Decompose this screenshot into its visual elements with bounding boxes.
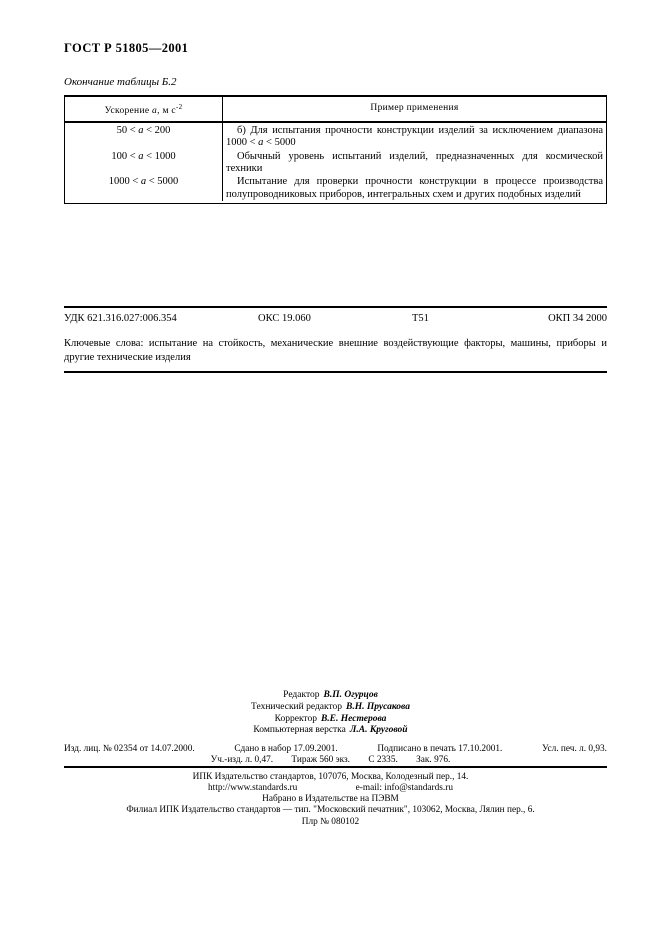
table-row: 50 < a < 200 б) Для испытания прочности … bbox=[65, 123, 606, 149]
table-header-acceleration: Ускорение a, м с-2 bbox=[65, 97, 223, 121]
license-line: Изд. лиц. № 02354 от 14.07.2000. Сдано в… bbox=[64, 744, 607, 754]
horizontal-rule bbox=[64, 306, 607, 308]
typeset-date: Сдано в набор 17.09.2001. bbox=[234, 744, 337, 754]
horizontal-rule bbox=[64, 371, 607, 373]
publisher-email: e-mail: info@standards.ru bbox=[356, 783, 453, 793]
header-acceleration-text: Ускорение bbox=[105, 106, 152, 116]
credit-name: В.Н. Прусакова bbox=[346, 702, 410, 712]
edition-sheets: Уч.-изд. л. 0,47. bbox=[211, 755, 273, 765]
credit-role: Редактор bbox=[283, 690, 319, 700]
okp-code: ОКП 34 2000 bbox=[548, 313, 607, 324]
t-code: Т51 bbox=[412, 313, 429, 324]
document-page: ГОСТ Р 51805—2001 Окончание таблицы Б.2 … bbox=[0, 0, 661, 936]
acceleration-cell: 1000 < a < 5000 bbox=[65, 175, 223, 201]
table-b2: Ускорение a, м с-2 Пример применения 50 … bbox=[64, 95, 607, 204]
plr-number: Плр № 080102 bbox=[0, 817, 661, 827]
horizontal-rule bbox=[64, 766, 607, 768]
credit-line: Компьютерная версткаЛ.А. Круговой bbox=[0, 725, 661, 737]
branch-address: Филиал ИПК Издательство стандартов — тип… bbox=[0, 805, 661, 815]
credit-line: Технический редакторВ.Н. Прусакова bbox=[0, 702, 661, 714]
table-caption: Окончание таблицы Б.2 bbox=[64, 76, 177, 88]
table-body: 50 < a < 200 б) Для испытания прочности … bbox=[65, 123, 606, 203]
header-acceleration-exponent: -2 bbox=[176, 103, 182, 111]
header-acceleration-unit: , м с bbox=[157, 106, 176, 116]
edition-line: Уч.-изд. л. 0,47. Тираж 560 экз. С 2335.… bbox=[0, 755, 661, 765]
credit-role: Компьютерная верстка bbox=[253, 725, 345, 735]
document-code: ГОСТ Р 51805—2001 bbox=[64, 41, 188, 56]
udk-code: УДК 621.316.027:006.354 bbox=[64, 313, 177, 324]
publisher-address: ИПК Издательство стандартов, 107076, Мос… bbox=[0, 772, 661, 782]
credit-name: В.Е. Нестерова bbox=[321, 714, 386, 724]
credit-role: Корректор bbox=[275, 714, 317, 724]
credit-name: В.П. Огурцов bbox=[323, 690, 377, 700]
c-number: С 2335. bbox=[368, 755, 397, 765]
example-cell: Обычный уровень испытаний изделий, предн… bbox=[223, 149, 606, 175]
credit-line: РедакторВ.П. Огурцов bbox=[0, 690, 661, 702]
table-row: 100 < a < 1000 Обычный уровень испытаний… bbox=[65, 149, 606, 175]
table-row: 1000 < a < 5000 Испытание для проверки п… bbox=[65, 175, 606, 201]
print-sheets: Усл. печ. л. 0,93. bbox=[542, 744, 607, 754]
credit-role: Технический редактор bbox=[251, 702, 342, 712]
acceleration-cell: 100 < a < 1000 bbox=[65, 149, 223, 175]
typeset-note: Набрано в Издательстве на ПЭВМ bbox=[0, 794, 661, 804]
credit-line: КорректорВ.Е. Нестерова bbox=[0, 714, 661, 726]
table-header-row: Ускорение a, м с-2 Пример применения bbox=[65, 97, 606, 123]
oks-code: ОКС 19.060 bbox=[258, 313, 311, 324]
print-date: Подписано в печать 17.10.2001. bbox=[377, 744, 502, 754]
table-header-example: Пример применения bbox=[223, 97, 606, 121]
publisher-website: http://www.standards.ru bbox=[208, 783, 297, 793]
print-run: Тираж 560 экз. bbox=[291, 755, 350, 765]
example-cell: б) Для испытания прочности конструкции и… bbox=[223, 123, 606, 149]
keywords-paragraph: Ключевые слова: испытание на стойкость, … bbox=[64, 337, 607, 365]
order-number: Зак. 976. bbox=[416, 755, 450, 765]
acceleration-cell: 50 < a < 200 bbox=[65, 123, 223, 149]
classification-row: УДК 621.316.027:006.354 ОКС 19.060 Т51 О… bbox=[64, 313, 607, 328]
example-cell: Испытание для проверки прочности констру… bbox=[223, 175, 606, 201]
publisher-contacts: http://www.standards.ru e-mail: info@sta… bbox=[0, 783, 661, 793]
license-number: Изд. лиц. № 02354 от 14.07.2000. bbox=[64, 744, 195, 754]
credits-block: РедакторВ.П. Огурцов Технический редакто… bbox=[0, 690, 661, 737]
credit-name: Л.А. Круговой bbox=[350, 725, 408, 735]
